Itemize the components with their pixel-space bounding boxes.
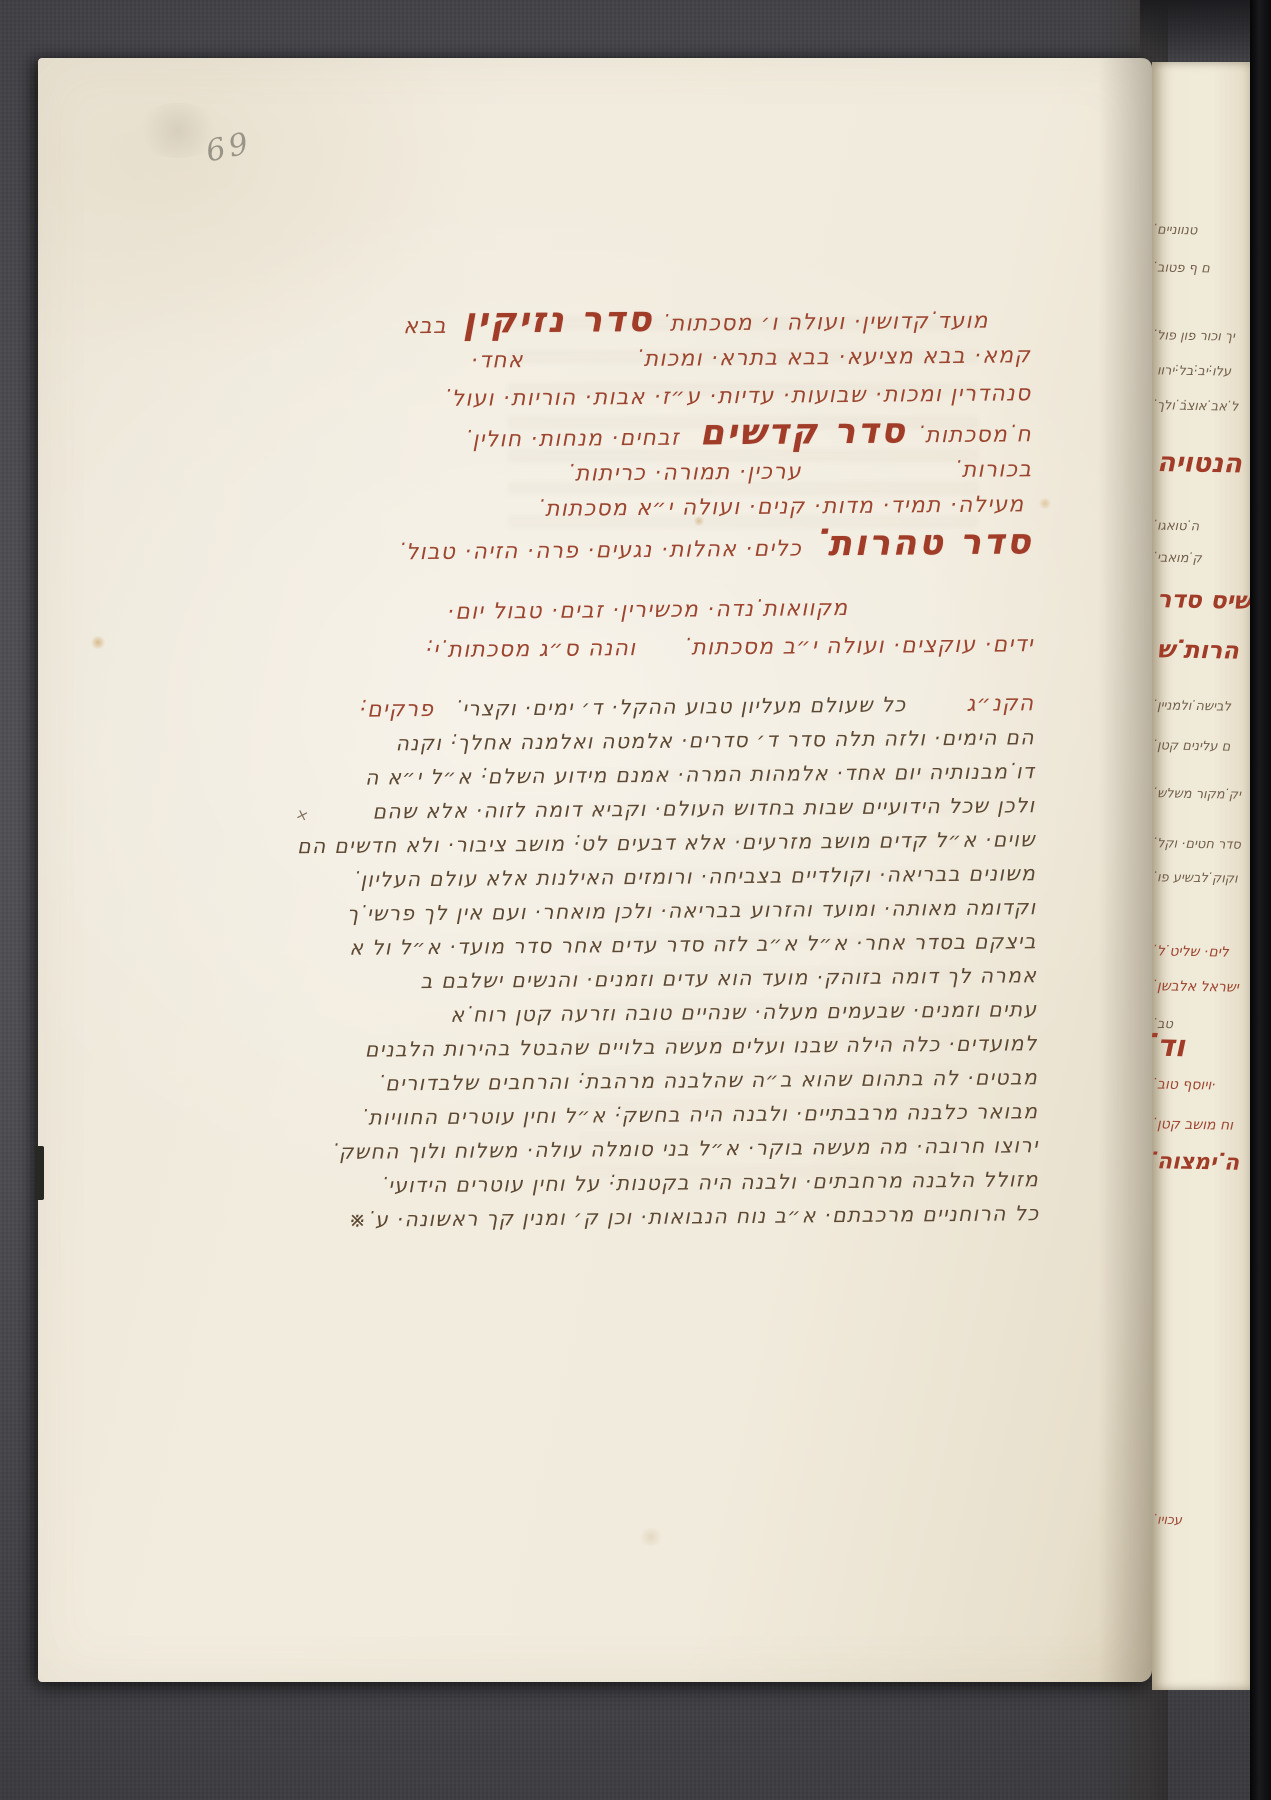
manuscript-line: סנהדרין ומכות· שבועות· עדיות· ע״ז· אבות·… xyxy=(451,383,1031,411)
facing-page-text-fragment: ל̇ אב̇ אוצ̇ב̇ ולך̇ xyxy=(1157,399,1239,413)
manuscript-line: ביצקם בסדר אחר· א״ל א״ב לזה סדר עדים אחר… xyxy=(349,931,1037,958)
facing-page-text-fragment: הרות̇ ש xyxy=(1157,637,1239,662)
manuscript-line: דו̇ מבנותיה יום אחד· אלמהות המרה· אמנם מ… xyxy=(365,761,1035,788)
text-segment: ירוצו חרובה· מה מעשה בוקר· א״ל בני סומלה… xyxy=(339,1135,1039,1162)
text-segment: אחד· xyxy=(471,350,524,373)
facing-page-text-fragment: וקוק̇ לבשיע פו̇ xyxy=(1157,871,1238,885)
manuscript-line: למועדים· כלה הילה שבנו ועלים מעשה בלויים… xyxy=(365,1033,1038,1060)
text-segment: פרקים̇· xyxy=(359,699,435,722)
manuscript-line: בכורות̇ערכין· תמורה· כריתות̇ xyxy=(575,459,1032,485)
text-segment: מקוואות̇ נדה· מכשירין· זבים· טבול יום· xyxy=(447,598,849,624)
text-segment: ולכן שכל הידועיים שבות בחדוש העולם· וקבי… xyxy=(372,795,1035,822)
facing-page-text-fragment: וח מושב קטן̇ xyxy=(1157,1117,1233,1132)
book-binding xyxy=(1250,0,1271,1800)
text-segment: מעילה· תמיד· מדות· קנים· ועולה י״א מסכתו… xyxy=(545,494,1025,521)
text-segment: כל שעולם מעליון טבוע ההקל· ד׳ ימים· וקצר… xyxy=(462,694,906,719)
manuscript-line: הם הימים· ולזה תלה סדר ד׳ סדרים· אלמטה ו… xyxy=(395,727,1034,754)
text-segment: סדר נזיקין xyxy=(463,303,654,340)
facing-page-edge: טנווניים̇ם ף פטוב̇יך וכור פון פול̇עלו̇·י… xyxy=(1152,62,1252,1690)
foxing-stain xyxy=(1038,498,1052,509)
facing-page-text-fragment: טנווניים̇ xyxy=(1157,224,1198,238)
manuscript-page: 69 מועד̇ קדושין· ועולה ו׳ מסכתות̇סדר נזי… xyxy=(38,58,1152,1682)
text-segment: וקדומה מאותה· ומועד והזרוע בבריאה· ולכן … xyxy=(347,897,1037,924)
text-segment: כלים· אהלות· נגעים· פרה· הזיה· טבול̇ xyxy=(406,538,802,564)
text-segment: ערכין· תמורה· כריתות̇ xyxy=(575,461,802,485)
text-segment: ביצקם בסדר אחר· א״ל א״ב לזה סדר עדים אחר… xyxy=(349,931,1037,958)
page-edge-ink-mark xyxy=(35,1146,44,1200)
text-segment: ח̇ מסכתות̇ xyxy=(925,424,1032,447)
facing-page-text-fragment: יק̇ מקור משלש̇ xyxy=(1157,787,1241,801)
text-segment: סדר קדשים xyxy=(700,414,908,451)
manuscript-line: סדר טהרות̇כלים· אהלות· נגעים· פרה· הזיה·… xyxy=(406,525,1033,566)
manuscript-line: אמרה לך דומה בזוהק· מועד הוא עדים וזמנים… xyxy=(420,965,1037,991)
text-segment: זבחים· מנחות· חולין̇ xyxy=(472,428,680,452)
manuscript-line: ח̇ מסכתות̇סדר קדשיםזבחים· מנחות· חולין̇ xyxy=(472,413,1032,453)
facing-page-text-fragment: וד̇ xyxy=(1157,1032,1185,1062)
facing-page-text-fragment: עכויו̇ xyxy=(1157,1514,1182,1527)
text-segment: כל הרוחניים מרכבתם· א״ב נוח הנבואות· וכן… xyxy=(349,1203,1040,1230)
text-segment: עתים וזמנים· שבעמים מעלה· שנהיים טובה וז… xyxy=(450,999,1037,1025)
manuscript-line: משונים בבריאה· וקולדיים בצביחה· ורומזים … xyxy=(360,863,1036,890)
text-segment: סנהדרין ומכות· שבועות· עדיות· ע״ז· אבות·… xyxy=(451,383,1031,411)
manuscript-line: ידים· עוקצים· ועולה י״ב מסכתות̇והנה ס״ג … xyxy=(425,634,1034,662)
text-segment: מועד̇ קדושין· ועולה ו׳ מסכתות̇ xyxy=(670,311,989,336)
text-segment: הם הימים· ולזה תלה סדר ד׳ סדרים· אלמטה ו… xyxy=(395,727,1034,754)
text-segment: דו̇ מבנותיה יום אחד· אלמהות המרה· אמנם מ… xyxy=(365,761,1035,788)
facing-page-text-fragment: ·ויוסף טוב̇ xyxy=(1157,1077,1216,1092)
manuscript-line: מועד̇ קדושין· ועולה ו׳ מסכתות̇סדר נזיקין… xyxy=(403,300,989,341)
facing-page-text-fragment: לים· שליט̇ ל̇ xyxy=(1157,944,1229,959)
manuscript-line: ולכן שכל הידועיים שבות בחדוש העולם· וקבי… xyxy=(372,795,1035,822)
facing-page-text-fragment: יך וכור פון פול̇ xyxy=(1157,329,1235,343)
text-segment: סדר טהרות̇ xyxy=(828,525,1033,562)
text-segment: מבטים· לה בתהום שהוא ב״ה שהלבנה מרהבת̇· … xyxy=(385,1067,1038,1094)
text-segment: מזולל הלבנה מרחבתים· ולבנה היה בקטנות̇· … xyxy=(388,1169,1039,1196)
text-segment: קמא· בבא מציעא· בבא בתרא· ומכות̇ xyxy=(644,345,1032,371)
manuscript-line: ירוצו חרובה· מה מעשה בוקר· א״ל בני סומלה… xyxy=(339,1135,1039,1162)
text-segment: מבואר כלבנה מרבבתיים· ולבנה היה בחשק̇· א… xyxy=(368,1101,1038,1128)
manuscript-line: מעילה· תמיד· מדות· קנים· ועולה י״א מסכתו… xyxy=(545,494,1025,521)
facing-page-text-fragment: ק̇ מואבי̇ xyxy=(1157,552,1202,566)
manuscript-line: עתים וזמנים· שבעמים מעלה· שנהיים טובה וז… xyxy=(450,999,1037,1025)
text-segment: ידים· עוקצים· ועולה י״ב מסכתות̇ xyxy=(691,634,1034,659)
facing-page-text-fragment: עלו̇·יב̇·בל̇·ירוו xyxy=(1157,364,1231,378)
text-segment: הקנ״ג xyxy=(966,693,1034,716)
facing-page-text-fragment: ת הנטויה xyxy=(1157,449,1252,478)
manuscript-line: מבטים· לה בתהום שהוא ב״ה שהלבנה מרהבת̇· … xyxy=(385,1067,1038,1094)
facing-page-text-fragment: סדר חטים· וקל̇ xyxy=(1157,837,1241,851)
facing-page-text-fragment: ם עלינים קטן̇ xyxy=(1157,739,1230,753)
facing-page-text-fragment: ם ף פטוב̇ xyxy=(1157,262,1210,276)
text-segment: שוים· א״ל קדים מושב מזרעים· אלא דבעים לט… xyxy=(297,829,1036,857)
hebrew-text-block: מועד̇ קדושין· ועולה ו׳ מסכתות̇סדר נזיקין… xyxy=(30,53,1044,1687)
text-segment: משונים בבריאה· וקולדיים בצביחה· ורומזים … xyxy=(360,863,1036,890)
facing-page-text-fragment: שיס סדר xyxy=(1157,587,1252,613)
facing-page-text-fragment: ה̇ טואגו̇ xyxy=(1157,520,1199,534)
facing-page-text-fragment: לבישה̇ ולמניין̇ xyxy=(1157,699,1231,713)
text-segment: והנה ס״ג מסכתות̇ י̇· xyxy=(425,638,637,662)
manuscript-line: הקנ״גכל שעולם מעליון טבוע ההקל· ד׳ ימים·… xyxy=(359,693,1035,721)
manuscript-line: כל הרוחניים מרכבתם· א״ב נוח הנבואות· וכן… xyxy=(349,1203,1040,1230)
text-segment: בכורות̇ xyxy=(962,459,1033,482)
text-segment: למועדים· כלה הילה שבנו ועלים מעשה בלויים… xyxy=(365,1033,1038,1060)
photograph-of-manuscript: 69 מועד̇ קדושין· ועולה ו׳ מסכתות̇סדר נזי… xyxy=(0,0,1271,1800)
manuscript-line: וקדומה מאותה· ומועד והזרוע בבריאה· ולכן … xyxy=(347,897,1037,924)
manuscript-line: שוים· א״ל קדים מושב מזרעים· אלא דבעים לט… xyxy=(297,829,1036,857)
text-segment: אמרה לך דומה בזוהק· מועד הוא עדים וזמנים… xyxy=(420,965,1037,991)
manuscript-line: קמא· בבא מציעא· בבא בתרא· ומכות̇אחד· xyxy=(471,345,1031,372)
facing-page-text-fragment: ישראל אלבשן̇ xyxy=(1157,979,1239,994)
facing-page-text-fragment: ה̇ ימצוה̇ xyxy=(1157,1151,1240,1174)
manuscript-line: מקוואות̇ נדה· מכשירין· זבים· טבול יום· xyxy=(447,598,849,624)
text-segment: בבא xyxy=(403,316,447,338)
manuscript-line: מבואר כלבנה מרבבתיים· ולבנה היה בחשק̇· א… xyxy=(368,1101,1038,1128)
manuscript-line: מזולל הלבנה מרחבתים· ולבנה היה בקטנות̇· … xyxy=(388,1169,1039,1196)
